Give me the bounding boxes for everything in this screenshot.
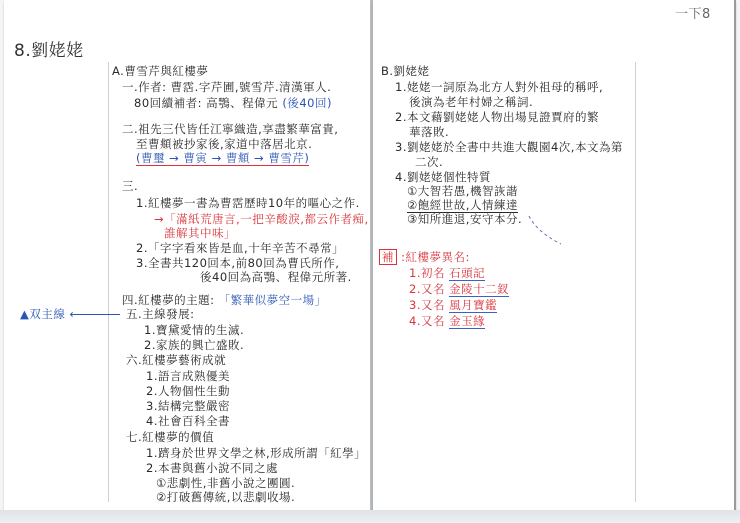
connector-arrow-icon [527,214,567,248]
item1-line1: 一.作者: 曹霑.字芹圃,號雪芹.清漢軍人. [122,80,331,94]
lineage-chain: (曹璽 → 曹寅 → 曹頫 → 曹雪芹) [136,151,309,165]
b-item1-line2: 後演為老年村婦之稱詞. [409,95,533,109]
item3-quote-line2: 誰解其中味」 [164,226,236,240]
theme-quote: 「繁華似夢空一場」 [219,293,327,307]
alt-name-row: 2.又名 金陵十二釵 [409,282,509,296]
left-page: 8.劉姥姥 A.曹雪芹與紅樓夢 一.作者: 曹霑.字芹圃,號雪芹.清漢軍人. 8… [4,0,370,510]
item6-sub: 3.結構完整嚴密 [146,399,230,413]
page-title: 8.劉姥姥 [14,44,84,58]
trait-item: ③知所進退,安守本分. [407,212,522,226]
item7-sub2-b: ②打破舊傳統,以悲劇收場. [156,490,295,504]
item1-line2: 80回續補者: 高鶚、程偉元 (後40回) [134,96,332,110]
item2-line2: 至曹頫被抄家後,家道中落居北京. [136,137,312,151]
item5-heading: 五.主線發展: [126,307,195,321]
supplement-tag: 補 [379,249,397,265]
trait-item: ②飽經世故,人情練達 [407,198,518,212]
alt-name: 金玉緣 [449,314,485,329]
item3-quote-line1: →「滿紙荒唐言,一把辛酸淚,都云作者痴, [154,212,369,226]
alt-name-row: 3.又名 風月寶鑑 [409,298,497,312]
item6-sub: 2.人物個性生動 [146,384,230,398]
item3-sub2: 2.「字字看來皆是血,十年辛苦不尋常」 [136,241,344,255]
item6-heading: 六.紅樓夢藝術成就 [126,353,226,367]
scan-bottom-edge [0,510,740,523]
item7-heading: 七.紅樓夢的價值 [126,430,214,444]
item3-sub3-line1: 3.全書共120回本,前80回為曹氏所作, [136,256,339,270]
alt-name: 石頭記 [449,266,485,281]
item3-heading: 三. [122,179,138,193]
b-item3-line2: 二次. [415,155,443,169]
notebook-spread: 8.劉姥姥 A.曹雪芹與紅樓夢 一.作者: 曹霑.字芹圃,號雪芹.清漢軍人. 8… [4,0,734,512]
b-item2-line2: 華落敗. [409,125,449,139]
item5-sub1: 1.寶黛愛情的生滅. [144,323,244,337]
item6-sub: 1.語言成熟優美 [146,369,230,383]
item7-sub2: 2.本書與舊小說不同之處 [146,461,278,475]
margin-rule [108,62,109,502]
item2-line1: 二.祖先三代皆任江寧織造,享盡繁華富貴, [122,122,338,136]
item7-sub2-a: ①悲劇性,非舊小說之團圓. [156,476,295,490]
alt-name-row: 1.初名 石頭記 [409,266,485,280]
item4-theme-row: 四.紅樓夢的主題: 「繁華似夢空一場」 [122,293,327,307]
alt-name: 金陵十二釵 [449,282,509,297]
margin-note-dual-plot: ▲双主線 ← [20,307,80,321]
item1-line2-note: (後40回) [282,96,332,110]
b-item3-line1: 3.劉姥姥於全書中共進大觀園4次,本文為第 [395,140,623,154]
right-page: 一下8 B.劉姥姥 1.姥姥一詞原為北方人對外祖母的稱呼, 後演為老年村婦之稱詞… [373,0,736,510]
item3-sub3-line2: 後40回為高鶚、程偉元所著. [200,270,352,284]
b-item1-line1: 1.姥姥一詞原為北方人對外祖母的稱呼, [395,80,603,94]
b-item4-heading: 4.劉姥姥個性特質 [395,170,491,184]
trait-item: ①大智若愚,機智詼諧 [407,184,518,198]
item6-sub: 4.社會百科全書 [146,414,230,428]
b-item2-line1: 2.本文藉劉姥姥人物出場見證賈府的繁 [395,110,599,124]
section-a-heading: A.曹雪芹與紅樓夢 [112,64,208,78]
alt-name-row: 4.又名 金玉緣 [409,314,485,328]
supplement-heading-row: 補 :紅樓夢異名: [379,250,470,264]
margin-arrow-icon [74,314,120,315]
section-b-heading: B.劉姥姥 [381,64,430,78]
margin-rule [635,62,636,502]
item5-sub2: 2.家族的興亡盛敗. [144,338,244,352]
item3-sub1: 1.紅樓夢一書為曹霑歷時10年的嘔心之作. [136,196,360,210]
page-number: 一下8 [675,8,711,22]
item7-sub1: 1.躋身於世界文學之林,形成所謂「紅學」 [146,446,366,460]
alt-name: 風月寶鑑 [449,298,497,313]
